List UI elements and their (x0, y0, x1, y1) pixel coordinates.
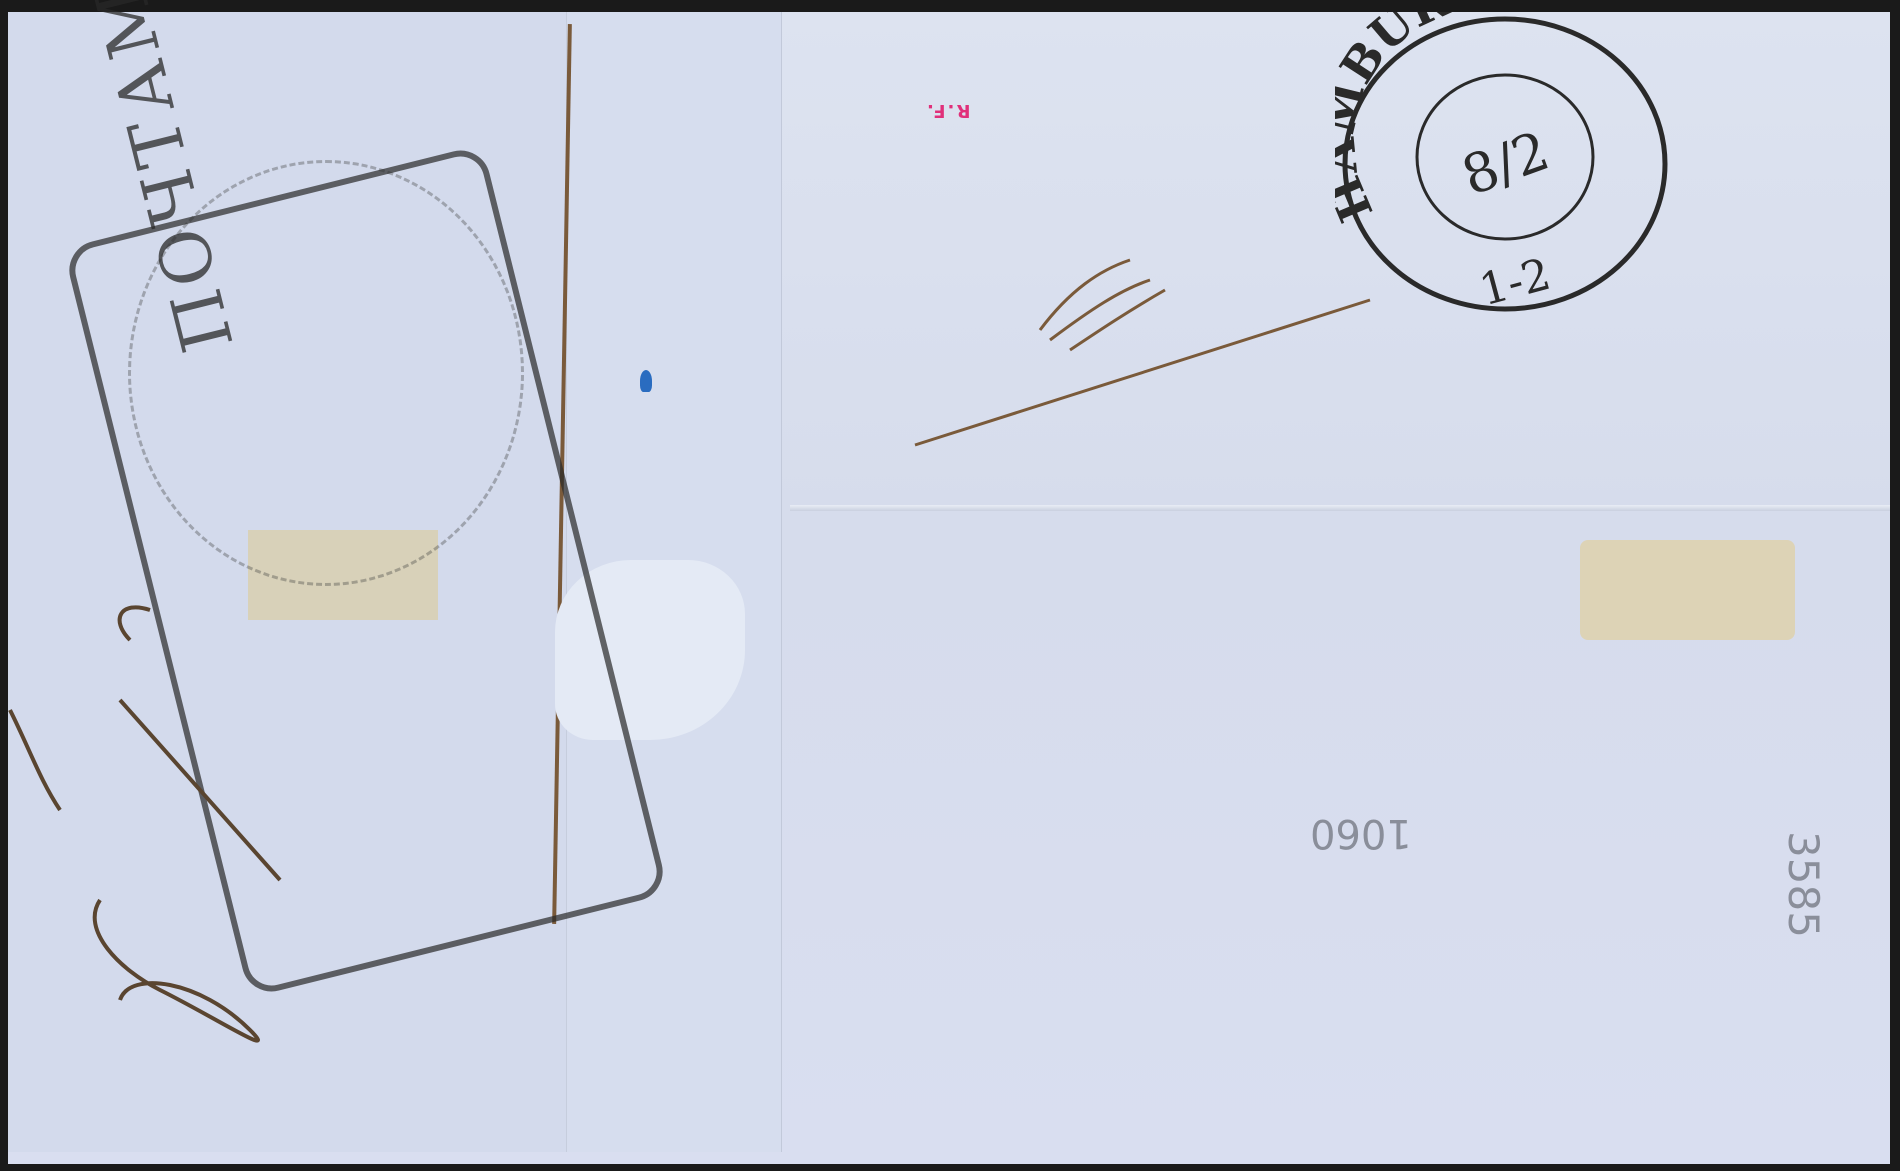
pencil-note-1: 1060 (1310, 810, 1412, 856)
handwriting-left (0, 600, 300, 1160)
fold-crease (790, 505, 1890, 511)
hamburg-date: 8/2 (1454, 119, 1557, 208)
hinge-remnant-right (1580, 540, 1795, 640)
blue-ink-mark (640, 370, 652, 392)
pencil-note-2: 3585 (1779, 831, 1828, 938)
svg-text:HAMBURG: HAMBURG (1335, 12, 1493, 230)
signature-scribble (900, 250, 1380, 450)
hamburg-postmark: HAMBURG 8/2 1-2 (1335, 12, 1675, 317)
photo-frame: ПОЧТАМТЪ R.F. HAMBURG 8/2 1-2 1060 3585 (0, 0, 1900, 1171)
red-initials: R.F. (925, 100, 971, 121)
hamburg-town: HAMBURG (1335, 12, 1493, 230)
